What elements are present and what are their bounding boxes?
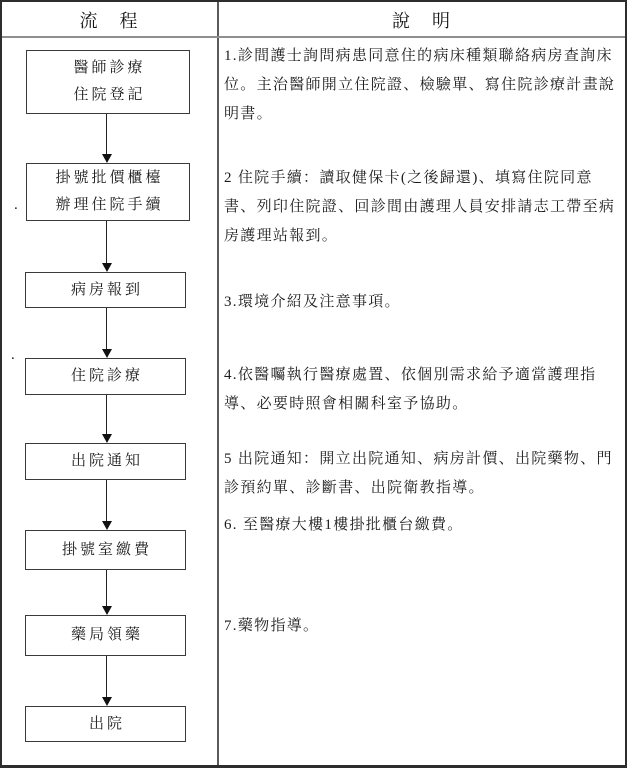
flow-arrow-down-1: [100, 114, 113, 163]
note-text: 3.環境介紹及注意事項。: [224, 294, 401, 310]
note-text: 1.診間護士詢問病患同意住的病床種類聯絡病房查詢床位。主治醫師開立住院證、檢驗單…: [224, 48, 615, 122]
header-process-text: 流 程: [80, 7, 140, 33]
flow-step-registration-counter-procedures: 掛號批價櫃檯 辦理住院手續: [26, 163, 190, 221]
note-3: 3.環境介紹及注意事項。: [224, 288, 621, 317]
flow-step-label: 掛號批價櫃檯: [52, 165, 163, 192]
flow-step-discharge: 出院: [25, 706, 186, 742]
note-7: 7.藥物指導。: [224, 612, 621, 641]
note-text: 6. 至醫療大樓1樓掛批櫃台繳費。: [224, 517, 464, 533]
flow-step-label: 病房報到: [68, 277, 143, 304]
header-separator: [2, 36, 625, 38]
flow-arrow-down-5: [100, 480, 113, 530]
flow-step-ward-checkin: 病房報到: [25, 272, 186, 308]
note-6: 6. 至醫療大樓1樓掛批櫃台繳費。: [224, 511, 621, 540]
flow-arrow-down-3: [100, 308, 113, 358]
note-text: 2 住院手續：讀取健保卡(之後歸還)、填寫住院同意書、列印住院證、回診間由護理人…: [224, 170, 615, 244]
stray-dot-1: .: [14, 198, 18, 213]
note-5: 5 出院通知：開立出院通知、病房計價、出院藥物、門診預約單、診斷書、出院衛教指導…: [224, 445, 621, 503]
flow-step-discharge-notice: 出院通知: [25, 443, 186, 480]
header-description-label: 說 明: [219, 6, 625, 34]
flow-arrow-down-7: [100, 656, 113, 706]
note-text: 4.依醫囑執行醫療處置、依個別需求給予適當護理指導、必要時照會相關科室予協助。: [224, 367, 596, 412]
note-text: 5 出院通知：開立出院通知、病房計價、出院藥物、門診預約單、診斷書、出院衛教指導…: [224, 451, 613, 496]
note-2: 2 住院手續：讀取健保卡(之後歸還)、填寫住院同意書、列印住院證、回診間由護理人…: [224, 164, 621, 251]
flow-step-label: 醫師診療: [70, 55, 145, 82]
flow-step-label: 辦理住院手續: [52, 192, 163, 219]
flow-step-label: 住院診療: [68, 363, 143, 390]
note-text: 7.藥物指導。: [224, 618, 319, 634]
flow-step-label: 藥局領藥: [68, 622, 143, 649]
note-4: 4.依醫囑執行醫療處置、依個別需求給予適當護理指導、必要時照會相關科室予協助。: [224, 361, 621, 419]
flow-arrow-down-6: [100, 570, 113, 615]
column-divider: [217, 2, 219, 765]
flow-step-label: 出院通知: [68, 448, 143, 475]
flow-step-label: 出院: [86, 711, 125, 738]
flow-arrow-down-2: [100, 221, 113, 272]
flow-step-cashier-payment: 掛號室繳費: [25, 530, 186, 570]
flow-step-doctor-visit-admission-registration: 醫師診療 住院登記: [26, 50, 190, 114]
flow-step-label: 住院登記: [70, 82, 145, 109]
flow-step-pharmacy-pickup: 藥局領藥: [25, 615, 186, 656]
header-description-text: 說 明: [392, 7, 452, 33]
admission-process-table: 流 程 說 明 醫師診療 住院登記 掛號批價櫃檯 辦理住院手續 病房報到 住院診…: [0, 0, 627, 768]
note-1: 1.診間護士詢問病患同意住的病床種類聯絡病房查詢床位。主治醫師開立住院證、檢驗單…: [224, 42, 621, 129]
header-process-label: 流 程: [2, 6, 217, 34]
stray-dot-2: .: [11, 348, 15, 363]
flow-step-label: 掛號室繳費: [59, 537, 152, 564]
flow-step-inpatient-care: 住院診療: [25, 358, 186, 395]
flow-arrow-down-4: [100, 395, 113, 443]
